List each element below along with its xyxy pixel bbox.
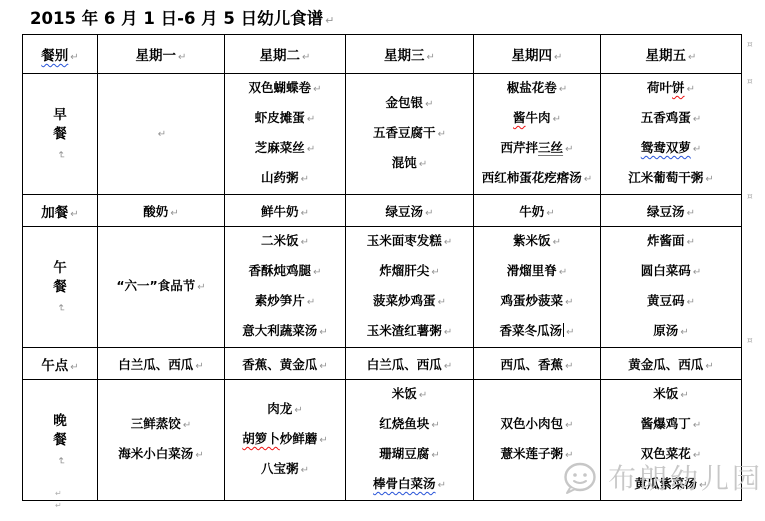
- menu-item-line: 酱爆鸡丁↵: [641, 410, 701, 440]
- cell-content: 绿豆汤↵: [346, 195, 473, 226]
- menu-cell-r2-c3[interactable]: 紫米饭↵滑熘里脊↵鸡蛋炒菠菜↵香菜冬瓜汤↵: [474, 227, 601, 348]
- vmark-wrap: ↵: [53, 144, 67, 163]
- return-mark: ↵: [307, 114, 315, 125]
- return-mark: ↵: [54, 303, 66, 311]
- return-mark: ↵: [444, 327, 452, 338]
- menu-item-line: 鸡蛋炒菠菜↵: [501, 287, 574, 317]
- document-page: 2015 年 6 月 1 日-6 月 5 日幼儿食谱↵ 餐别↵星期一↵星期二↵星…: [0, 0, 765, 521]
- menu-item-line: 肉龙↵: [267, 395, 302, 425]
- menu-item-text: 原汤: [653, 323, 678, 338]
- return-mark: ↵: [301, 208, 309, 219]
- row-label-vertical: 晚餐↵: [53, 412, 67, 469]
- menu-item-text: 绿豆汤: [647, 204, 685, 219]
- wechat-smiley-icon: [563, 462, 599, 496]
- menu-item-text: 滑熘里脊: [507, 263, 557, 278]
- menu-table-grid: 餐别↵星期一↵星期二↵星期三↵星期四↵星期五↵早餐↵↵双色蝴蝶卷↵虾皮摊蛋↵芝麻…: [22, 34, 742, 501]
- menu-cell-r0-c4[interactable]: 荷叶饼↵五香鸡蛋↵鸳鸯双萝↵江米葡萄干粥↵: [601, 74, 742, 195]
- return-mark: ↵: [687, 208, 695, 219]
- menu-item-text: 星期四: [512, 48, 553, 64]
- return-mark: ↵: [693, 450, 701, 461]
- menu-item-text: 鸡蛋炒菠菜: [501, 293, 564, 308]
- menu-item-text: 三鲜蒸饺: [131, 416, 181, 431]
- menu-item-text: 香菜冬瓜汤: [500, 323, 563, 338]
- menu-cell-r0-c1[interactable]: 双色蝴蝶卷↵虾皮摊蛋↵芝麻菜丝↵山药粥↵: [225, 74, 346, 195]
- cell-content: 星期二↵: [225, 35, 345, 73]
- menu-item-line: 胡箩卜炒鲜蘑↵: [242, 425, 327, 455]
- menu-cell-r3-c1[interactable]: 香蕉、黄金瓜↵: [225, 348, 346, 380]
- spellcheck-marked-text: 酱: [513, 110, 526, 125]
- menu-cell-r1-c1[interactable]: 鲜牛奶↵: [225, 195, 346, 227]
- menu-item-text: 红烧鱼块: [379, 416, 429, 431]
- menu-item-line: 海米小白菜汤↵: [118, 440, 203, 470]
- menu-item-line: 菠菜炒鸡蛋↵: [373, 287, 446, 317]
- menu-item-line: 棒骨白菜汤↵: [373, 470, 446, 500]
- menu-item-text: 黄豆码: [647, 293, 685, 308]
- menu-item-text: 菠菜炒鸡蛋: [373, 293, 436, 308]
- cell-content: 星期五↵: [601, 35, 741, 73]
- menu-cell-r1-c4[interactable]: 绿豆汤↵: [601, 195, 742, 227]
- menu-item-line: 绿豆汤↵: [386, 202, 434, 220]
- menu-cell-r2-c2[interactable]: 玉米面枣发糕↵炸熘肝尖↵菠菜炒鸡蛋↵玉米渣红薯粥↵: [346, 227, 474, 348]
- header-cell-day-3[interactable]: 星期三↵: [346, 35, 474, 74]
- return-mark: ↵: [566, 327, 574, 338]
- menu-item-text: 五香鸡蛋: [641, 110, 691, 125]
- return-mark: ↵: [431, 267, 439, 278]
- menu-item-text: 双色蝴蝶卷: [249, 80, 312, 95]
- menu-item-line: 玉米渣红薯粥↵: [367, 317, 452, 347]
- page-title[interactable]: 2015 年 6 月 1 日-6 月 5 日幼儿食谱↵: [30, 5, 334, 29]
- return-mark: ↵: [438, 297, 446, 308]
- cell-content: 午点↵: [23, 348, 97, 379]
- return-mark: ↵: [70, 362, 78, 373]
- row-label-cell-0[interactable]: 早餐↵: [23, 74, 98, 195]
- menu-item-text: 意大利蔬菜汤: [242, 323, 317, 338]
- return-mark: ↵: [584, 174, 592, 185]
- menu-item-line: 虾皮摊蛋↵: [255, 104, 315, 134]
- menu-item-line: 黄金瓜、西瓜↵: [628, 355, 713, 373]
- return-mark: ↵: [294, 405, 302, 416]
- menu-item-text: 牛奶: [519, 204, 544, 219]
- menu-item-line: 鲜牛奶↵: [261, 202, 309, 220]
- menu-item-text: 牛肉: [526, 110, 551, 125]
- menu-item-text: 鲜牛奶: [261, 204, 299, 219]
- return-mark: ↵: [565, 297, 573, 308]
- text-cursor: [563, 323, 564, 337]
- menu-item-text: 绿豆汤: [386, 204, 424, 219]
- menu-item-text: 山药粥: [261, 170, 299, 185]
- menu-item-text: 星期二: [260, 48, 301, 64]
- return-mark: ↵: [693, 114, 701, 125]
- menu-item-line: 滑熘里脊↵: [507, 257, 567, 287]
- menu-item-line: 三鲜蒸饺↵: [131, 410, 191, 440]
- return-mark: ↵: [431, 450, 439, 461]
- cell-content: 紫米饭↵滑熘里脊↵鸡蛋炒菠菜↵香菜冬瓜汤↵: [474, 227, 600, 347]
- menu-item-line: 双色蝴蝶卷↵: [249, 74, 322, 104]
- menu-cell-r4-c0[interactable]: 三鲜蒸饺↵海米小白菜汤↵: [98, 380, 225, 501]
- menu-item-line: 玉米面枣发糕↵: [367, 227, 452, 257]
- cell-content: 金包银↵五香豆腐干↵混饨↵: [346, 74, 473, 194]
- return-mark: ↵: [195, 361, 203, 372]
- row-label-text: 加餐↵: [41, 201, 78, 221]
- menu-item-text: 素炒笋片: [255, 293, 305, 308]
- spellcheck-marked-text: 棒骨白菜汤: [373, 476, 436, 491]
- return-mark: ↵: [565, 361, 573, 372]
- menu-cell-r4-c1[interactable]: 肉龙↵胡箩卜炒鲜蘑↵八宝粥↵: [225, 380, 346, 501]
- return-mark: ↵: [419, 390, 427, 401]
- menu-cell-r0-c0[interactable]: ↵: [98, 74, 225, 195]
- menu-item-text: 虾皮摊蛋: [255, 110, 305, 125]
- return-mark: ↵: [693, 144, 701, 155]
- return-mark: ↵: [546, 208, 554, 219]
- return-mark: ↵: [70, 52, 78, 63]
- menu-cell-r1-c0[interactable]: 酸奶↵: [98, 195, 225, 227]
- row-label-cell-1[interactable]: 加餐↵: [23, 195, 98, 227]
- return-mark: ↵: [183, 420, 191, 431]
- return-mark: ↵: [319, 435, 327, 446]
- return-mark: ↵: [197, 282, 205, 293]
- menu-item-line: 五香鸡蛋↵: [641, 104, 701, 134]
- return-mark: ↵: [553, 237, 561, 248]
- menu-item-text: 五香豆腐干: [373, 125, 436, 140]
- return-mark: ↵: [444, 361, 452, 372]
- return-mark: ↵: [553, 114, 561, 125]
- menu-item-text: 二米饭: [261, 233, 299, 248]
- menu-item-line: 星期五↵: [646, 44, 697, 64]
- row-end-mark: ¤: [747, 336, 753, 346]
- paragraph-mark: ↵: [55, 489, 62, 498]
- menu-item-text: 香酥炖鸡腿: [249, 263, 312, 278]
- menu-item-text: 星期三: [384, 48, 425, 64]
- menu-item-text: 西芹拌: [501, 140, 539, 155]
- table-row: 早餐↵↵双色蝴蝶卷↵虾皮摊蛋↵芝麻菜丝↵山药粥↵金包银↵五香豆腐干↵混饨↵椒盐花…: [23, 74, 742, 195]
- menu-item-line: 西芹拌三丝↵: [501, 134, 574, 164]
- menu-item-text: 星期一: [136, 48, 177, 64]
- menu-item-line: 鸳鸯双萝↵: [641, 134, 701, 164]
- menu-item-line: 江米葡萄干粥↵: [628, 164, 713, 194]
- table-header-row: 餐别↵星期一↵星期二↵星期三↵星期四↵星期五↵: [23, 35, 742, 74]
- menu-cell-r3-c3[interactable]: 西瓜、香蕉↵: [474, 348, 601, 380]
- return-mark: ↵: [680, 327, 688, 338]
- menu-item-text: 荷叶: [647, 80, 672, 95]
- menu-item-text: 酸奶: [143, 204, 168, 219]
- menu-item-line: 素炒笋片↵: [255, 287, 315, 317]
- return-mark: ↵: [559, 267, 567, 278]
- menu-item-line: 混饨↵: [392, 149, 427, 179]
- cell-content: 荷叶饼↵五香鸡蛋↵鸳鸯双萝↵江米葡萄干粥↵: [601, 74, 741, 194]
- header-cell-meal-type[interactable]: 餐别↵: [23, 35, 98, 74]
- return-mark: ↵: [307, 144, 315, 155]
- cell-content: 午餐↵: [23, 227, 97, 347]
- menu-item-line: 炸酱面↵: [647, 227, 695, 257]
- cell-content: 玉米面枣发糕↵炸熘肝尖↵菠菜炒鸡蛋↵玉米渣红薯粥↵: [346, 227, 473, 347]
- spellcheck-marked-text: 胡箩卜: [242, 431, 280, 446]
- menu-item-line: 白兰瓜、西瓜↵: [367, 355, 452, 373]
- menu-item-text: 米饭: [392, 386, 417, 401]
- return-mark: ↵: [419, 159, 427, 170]
- menu-cell-r0-c3[interactable]: 椒盐花卷↵酱牛肉↵西芹拌三丝↵西红柿蛋花疙瘩汤↵: [474, 74, 601, 195]
- menu-item-line: 酱牛肉↵: [513, 104, 561, 134]
- menu-item-text: 炒鲜蘑: [280, 431, 318, 446]
- cell-content: 早餐↵: [23, 74, 97, 194]
- menu-item-text: 西瓜、香蕉: [501, 357, 564, 372]
- menu-item-text: 八宝粥: [261, 461, 299, 476]
- menu-item-line: 荷叶饼↵: [647, 74, 695, 104]
- menu-item-line: 西红柿蛋花疙瘩汤↵: [482, 164, 592, 194]
- return-mark: ↵: [313, 84, 321, 95]
- menu-item-text: 黄金瓜、西瓜: [628, 357, 703, 372]
- return-mark: ↵: [438, 129, 446, 140]
- return-mark: ↵: [54, 456, 66, 464]
- row-label-cell-2[interactable]: 午餐↵: [23, 227, 98, 348]
- menu-item-line: 八宝粥↵: [261, 455, 309, 485]
- cell-content: 香蕉、黄金瓜↵: [225, 348, 345, 379]
- menu-item-text: 星期五: [646, 48, 687, 64]
- spellcheck-marked-text: 餐别: [41, 48, 68, 64]
- menu-item-text: 玉米渣红薯粥: [367, 323, 442, 338]
- empty-cell-line: ↵: [156, 119, 166, 149]
- return-mark: ↵: [54, 150, 66, 158]
- menu-item-text: 珊瑚豆腐: [379, 446, 429, 461]
- cell-content: 炸酱面↵圆白菜码↵黄豆码↵原汤↵: [601, 227, 741, 347]
- return-mark: ↵: [687, 297, 695, 308]
- paragraph-mark: ↵: [55, 501, 62, 510]
- menu-item-line: 星期四↵: [512, 44, 563, 64]
- menu-cell-r4-c2[interactable]: 米饭↵红烧鱼块↵珊瑚豆腐↵棒骨白菜汤↵: [346, 380, 474, 501]
- header-cell-day-5[interactable]: 星期五↵: [601, 35, 742, 74]
- cell-content: 椒盐花卷↵酱牛肉↵西芹拌三丝↵西红柿蛋花疙瘩汤↵: [474, 74, 600, 194]
- menu-item-text: 白兰瓜、西瓜: [118, 357, 193, 372]
- menu-cell-r2-c0[interactable]: “六一”食品节↵: [98, 227, 225, 348]
- menu-item-text: 酱爆鸡丁: [641, 416, 691, 431]
- menu-item-line: 炸熘肝尖↵: [379, 257, 439, 287]
- cell-content: 二米饭↵香酥炖鸡腿↵素炒笋片↵意大利蔬菜汤↵: [225, 227, 345, 347]
- cell-content: 星期三↵: [346, 35, 473, 73]
- spellcheck-marked-text: 三丝: [538, 140, 563, 155]
- menu-item-line: 香蕉、黄金瓜↵: [242, 355, 327, 373]
- cell-content: “六一”食品节↵: [98, 227, 224, 347]
- header-cell-day-4[interactable]: 星期四↵: [474, 35, 601, 74]
- menu-item-line: 酸奶↵: [143, 202, 178, 220]
- return-mark: ↵: [325, 14, 334, 27]
- menu-item-line: 星期一↵: [136, 44, 187, 64]
- cell-content: 双色蝴蝶卷↵虾皮摊蛋↵芝麻菜丝↵山药粥↵: [225, 74, 345, 194]
- row-end-mark: ¤: [747, 192, 753, 202]
- cell-content: 餐别↵: [23, 35, 97, 73]
- return-mark: ↵: [687, 84, 695, 95]
- return-mark: ↵: [170, 208, 178, 219]
- menu-item-text: 金包银: [386, 95, 424, 110]
- return-mark: ↵: [444, 237, 452, 248]
- return-mark: ↵: [427, 52, 435, 63]
- menu-item-text: 双色小肉包: [501, 416, 564, 431]
- return-mark: ↵: [307, 297, 315, 308]
- menu-item-line: 紫米饭↵: [513, 227, 561, 257]
- table-row: 午点↵白兰瓜、西瓜↵香蕉、黄金瓜↵白兰瓜、西瓜↵西瓜、香蕉↵黄金瓜、西瓜↵: [23, 348, 742, 380]
- menu-item-text: 炸熘肝尖: [379, 263, 429, 278]
- menu-item-text: 米饭: [653, 386, 678, 401]
- return-mark: ↵: [705, 174, 713, 185]
- return-mark: ↵: [565, 144, 573, 155]
- return-mark: ↵: [313, 267, 321, 278]
- cell-content: 黄金瓜、西瓜↵: [601, 348, 741, 379]
- cell-content: 肉龙↵胡箩卜炒鲜蘑↵八宝粥↵: [225, 380, 345, 500]
- return-mark: ↵: [178, 52, 186, 63]
- menu-cell-r2-c1[interactable]: 二米饭↵香酥炖鸡腿↵素炒笋片↵意大利蔬菜汤↵: [225, 227, 346, 348]
- return-mark: ↵: [425, 99, 433, 110]
- menu-item-text: 西红柿蛋花疙瘩汤: [482, 170, 582, 185]
- menu-cell-r1-c2[interactable]: 绿豆汤↵: [346, 195, 474, 227]
- cell-content: 星期四↵: [474, 35, 600, 73]
- row-end-mark: ¤: [747, 40, 753, 50]
- menu-item-line: 珊瑚豆腐↵: [379, 440, 439, 470]
- menu-item-line: 餐别↵: [41, 44, 78, 64]
- return-mark: ↵: [431, 420, 439, 431]
- menu-item-text: 肉龙: [267, 401, 292, 416]
- menu-item-text: “六一”食品节: [116, 278, 195, 293]
- return-mark: ↵: [705, 361, 713, 372]
- watermark: 布朗幼儿园: [563, 462, 765, 496]
- menu-cell-r3-c2[interactable]: 白兰瓜、西瓜↵: [346, 348, 474, 380]
- vmark-wrap: ↵: [53, 450, 67, 469]
- return-mark: ↵: [687, 237, 695, 248]
- return-mark: ↵: [319, 327, 327, 338]
- menu-item-line: 意大利蔬菜汤↵: [242, 317, 327, 347]
- return-mark: ↵: [425, 208, 433, 219]
- cell-content: 鲜牛奶↵: [225, 195, 345, 226]
- menu-item-line: 原汤↵: [653, 317, 688, 347]
- cell-content: 米饭↵红烧鱼块↵珊瑚豆腐↵棒骨白菜汤↵: [346, 380, 473, 500]
- cell-content: 牛奶↵: [474, 195, 600, 226]
- menu-item-line: 五香豆腐干↵: [373, 119, 446, 149]
- menu-item-line: 西瓜、香蕉↵: [501, 355, 574, 373]
- return-mark: ↵: [688, 52, 696, 63]
- row-label-vertical: 午餐↵: [53, 259, 67, 316]
- spellcheck-marked-text: 鸳鸯双萝: [641, 140, 691, 155]
- return-mark: ↵: [559, 84, 567, 95]
- menu-item-line: 米饭↵: [392, 380, 427, 410]
- menu-cell-r0-c2[interactable]: 金包银↵五香豆腐干↵混饨↵: [346, 74, 474, 195]
- return-mark: ↵: [554, 52, 562, 63]
- menu-item-text: 炸酱面: [647, 233, 685, 248]
- menu-table: 餐别↵星期一↵星期二↵星期三↵星期四↵星期五↵早餐↵↵双色蝴蝶卷↵虾皮摊蛋↵芝麻…: [22, 34, 742, 501]
- menu-item-line: “六一”食品节↵: [116, 272, 205, 302]
- row-label-cell-3[interactable]: 午点↵: [23, 348, 98, 380]
- cell-content: 绿豆汤↵: [601, 195, 741, 226]
- menu-item-text: 香蕉、黄金瓜: [242, 357, 317, 372]
- menu-item-line: 米饭↵: [653, 380, 688, 410]
- watermark-text: 布朗幼儿园: [608, 462, 763, 496]
- menu-cell-r2-c4[interactable]: 炸酱面↵圆白菜码↵黄豆码↵原汤↵: [601, 227, 742, 348]
- return-mark: ↵: [70, 209, 78, 220]
- vmark-wrap: ↵: [53, 297, 67, 316]
- cell-content: 晚餐↵: [23, 380, 97, 500]
- return-mark: ↵: [438, 480, 446, 491]
- return-mark: ↵: [693, 420, 701, 431]
- menu-item-line: 红烧鱼块↵: [379, 410, 439, 440]
- page-title-text: 2015 年 6 月 1 日-6 月 5 日幼儿食谱: [30, 9, 323, 28]
- cell-content: 白兰瓜、西瓜↵: [98, 348, 224, 379]
- menu-item-text: 混饨: [392, 155, 417, 170]
- return-mark: ↵: [319, 361, 327, 372]
- cell-content: ↵: [98, 74, 224, 194]
- cell-content: 三鲜蒸饺↵海米小白菜汤↵: [98, 380, 224, 500]
- menu-item-text: 玉米面枣发糕: [367, 233, 442, 248]
- row-label-vertical: 早餐↵: [53, 106, 67, 163]
- return-mark: ↵: [301, 237, 309, 248]
- header-cell-day-1[interactable]: 星期一↵: [98, 35, 225, 74]
- menu-item-text: 薏米莲子粥: [501, 446, 564, 461]
- menu-item-text: 白兰瓜、西瓜: [367, 357, 442, 372]
- header-cell-day-2[interactable]: 星期二↵: [225, 35, 346, 74]
- table-row: 午餐↵“六一”食品节↵二米饭↵香酥炖鸡腿↵素炒笋片↵意大利蔬菜汤↵玉米面枣发糕↵…: [23, 227, 742, 348]
- menu-item-line: 二米饭↵: [261, 227, 309, 257]
- menu-item-line: 金包银↵: [386, 89, 434, 119]
- menu-item-text: 圆白菜码: [641, 263, 691, 278]
- row-label-cell-4[interactable]: 晚餐↵: [23, 380, 98, 501]
- menu-item-line: 椒盐花卷↵: [507, 74, 567, 104]
- menu-item-line: 白兰瓜、西瓜↵: [118, 355, 203, 373]
- cell-content: 酸奶↵: [98, 195, 224, 226]
- cell-content: 西瓜、香蕉↵: [474, 348, 600, 379]
- return-mark: ↵: [302, 52, 310, 63]
- table-row: 加餐↵酸奶↵鲜牛奶↵绿豆汤↵牛奶↵绿豆汤↵: [23, 195, 742, 227]
- menu-item-line: 芝麻菜丝↵: [255, 134, 315, 164]
- menu-cell-r3-c4[interactable]: 黄金瓜、西瓜↵: [601, 348, 742, 380]
- return-mark: ↵: [301, 174, 309, 185]
- return-mark: ↵: [565, 420, 573, 431]
- menu-cell-r3-c0[interactable]: 白兰瓜、西瓜↵: [98, 348, 225, 380]
- menu-item-text: 芝麻菜丝: [255, 140, 305, 155]
- menu-item-line: 绿豆汤↵: [647, 202, 695, 220]
- menu-item-line: 星期三↵: [384, 44, 435, 64]
- menu-item-text: 双色菜花: [641, 446, 691, 461]
- return-mark: ↵: [680, 390, 688, 401]
- cell-content: 加餐↵: [23, 195, 97, 226]
- return-mark: ↵: [565, 450, 573, 461]
- menu-item-line: 香酥炖鸡腿↵: [249, 257, 322, 287]
- menu-item-line: 牛奶↵: [519, 202, 554, 220]
- menu-item-line: 山药粥↵: [261, 164, 309, 194]
- menu-item-text: 紫米饭: [513, 233, 551, 248]
- menu-item-line: 黄豆码↵: [647, 287, 695, 317]
- return-mark: ↵: [158, 129, 166, 140]
- menu-item-line: 圆白菜码↵: [641, 257, 701, 287]
- menu-item-text: 海米小白菜汤: [118, 446, 193, 461]
- return-mark: ↵: [693, 267, 701, 278]
- menu-cell-r1-c3[interactable]: 牛奶↵: [474, 195, 601, 227]
- cell-content: 星期一↵: [98, 35, 224, 73]
- cell-content: 白兰瓜、西瓜↵: [346, 348, 473, 379]
- spellcheck-marked-text: 饼: [672, 80, 685, 95]
- menu-item-line: 星期二↵: [260, 44, 311, 64]
- menu-item-line: 香菜冬瓜汤↵: [500, 317, 575, 347]
- menu-item-line: 双色小肉包↵: [501, 410, 574, 440]
- return-mark: ↵: [195, 450, 203, 461]
- row-end-mark: ¤: [747, 77, 753, 87]
- row-label-text: 午点↵: [41, 354, 78, 374]
- return-mark: ↵: [301, 465, 309, 476]
- menu-item-text: 江米葡萄干粥: [628, 170, 703, 185]
- menu-item-text: 椒盐花卷: [507, 80, 557, 95]
